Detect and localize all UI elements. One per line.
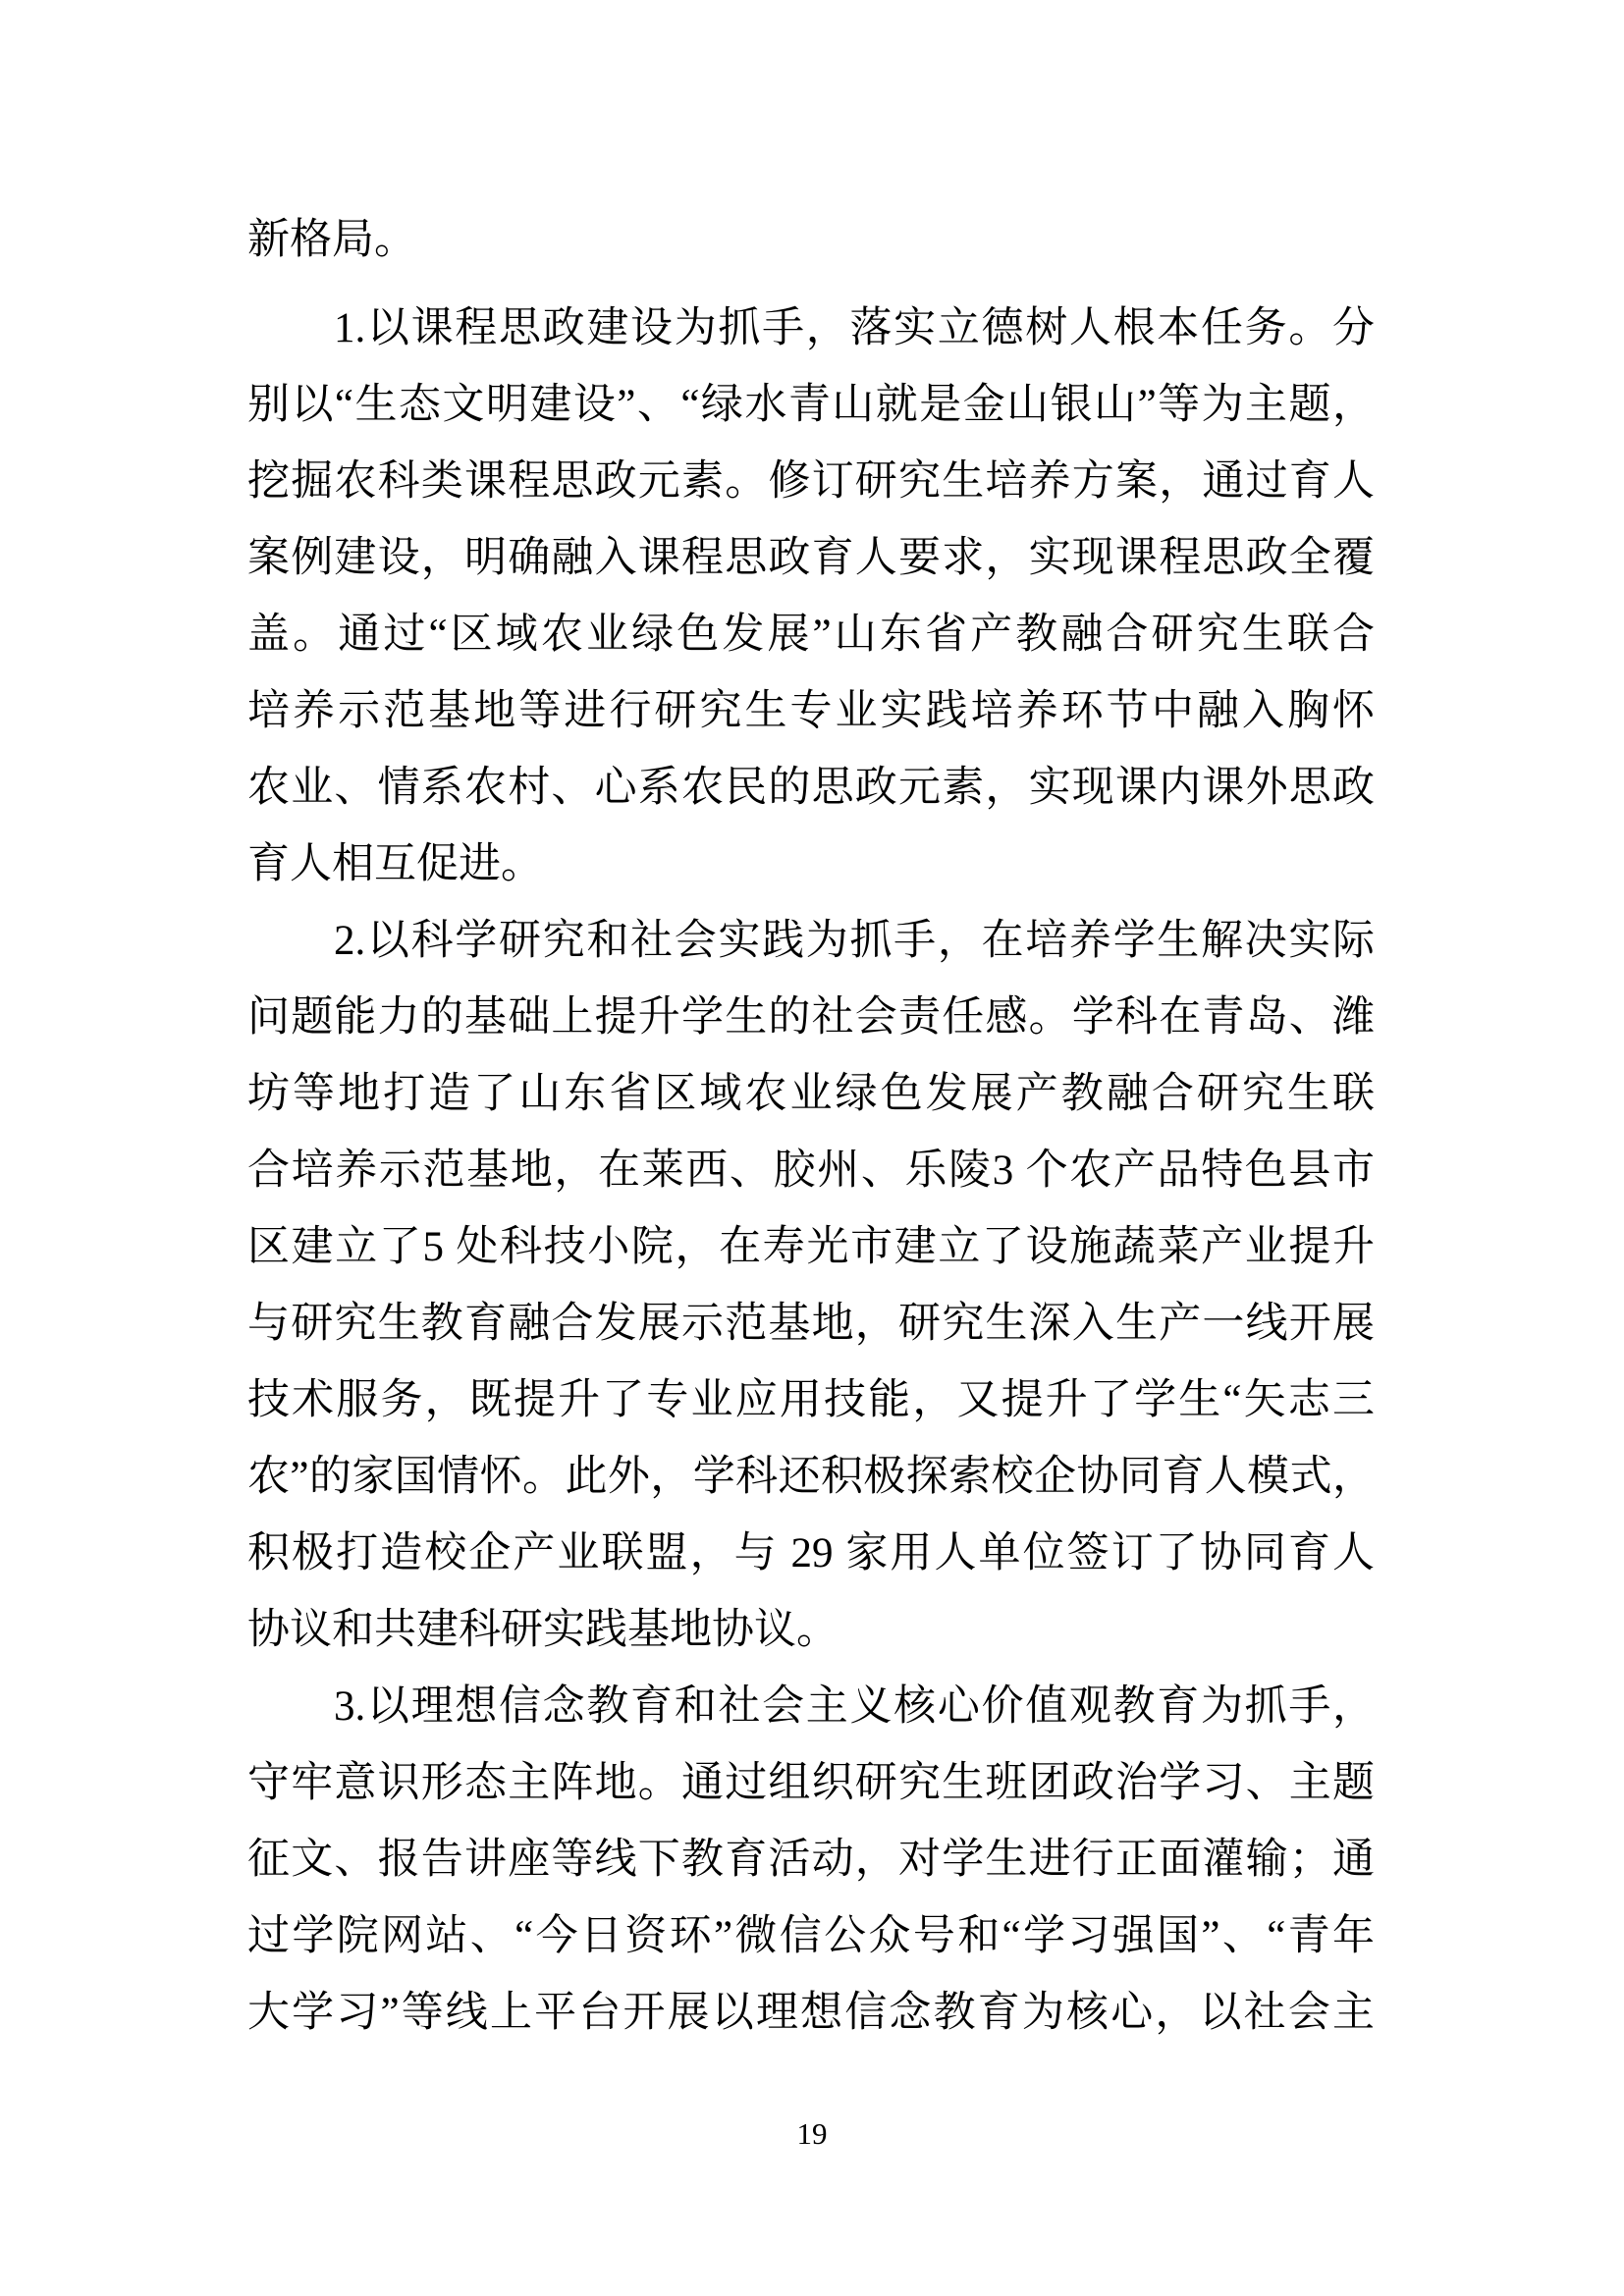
paragraph-continuation: 新格局。 xyxy=(247,202,1375,279)
document-page: 新格局。 1.以课程思政建设为抓手，落实立德树人根本任务。分 别以“生态文明建设… xyxy=(0,0,1624,2296)
text-line: 与研究生教育融合发展示范基地，研究生深入生产一线开展 xyxy=(247,1286,1375,1362)
paragraph-3: 3.以理想信念教育和社会主义核心价值观教育为抓手， 守牢意识形态主阵地。通过组织… xyxy=(247,1669,1375,2052)
text-line: 农”的家国情怀。此外，学科还积极探索校企协同育人模式， xyxy=(247,1439,1375,1516)
paragraph-1: 1.以课程思政建设为抓手，落实立德树人根本任务。分 别以“生态文明建设”、“绿水… xyxy=(247,291,1375,903)
text-line: 坊等地打造了山东省区域农业绿色发展产教融合研究生联 xyxy=(247,1056,1375,1133)
paragraph-2: 2.以科学研究和社会实践为抓手，在培养学生解决实际 问题能力的基础上提升学生的社… xyxy=(247,903,1375,1669)
body-text: 新格局。 1.以课程思政建设为抓手，落实立德树人根本任务。分 别以“生态文明建设… xyxy=(247,202,1375,2052)
text-line: 案例建设，明确融入课程思政育人要求，实现课程思政全覆 xyxy=(247,520,1375,597)
text-line: 征文、报告讲座等线下教育活动，对学生进行正面灌输；通 xyxy=(247,1822,1375,1898)
text-line: 挖掘农科类课程思政元素。修订研究生培养方案，通过育人 xyxy=(247,444,1375,520)
text-line: 问题能力的基础上提升学生的社会责任感。学科在青岛、潍 xyxy=(247,980,1375,1056)
text-line: 2.以科学研究和社会实践为抓手，在培养学生解决实际 xyxy=(247,903,1375,980)
page-number: 19 xyxy=(0,2114,1624,2154)
text-line: 合培养示范基地，在莱西、胶州、乐陵3 个农产品特色县市 xyxy=(247,1133,1375,1209)
text-line: 大学习”等线上平台开展以理想信念教育为核心，以社会主 xyxy=(247,1975,1375,2052)
text-line: 1.以课程思政建设为抓手，落实立德树人根本任务。分 xyxy=(247,291,1375,367)
text-line: 新格局。 xyxy=(247,202,1375,279)
text-line: 育人相互促进。 xyxy=(247,827,1375,903)
text-line: 区建立了5 处科技小院，在寿光市建立了设施蔬菜产业提升 xyxy=(247,1209,1375,1286)
text-line: 盖。通过“区域农业绿色发展”山东省产教融合研究生联合 xyxy=(247,597,1375,673)
text-line: 过学院网站、“今日资环”微信公众号和“学习强国”、“青年 xyxy=(247,1898,1375,1975)
text-line: 培养示范基地等进行研究生专业实践培养环节中融入胸怀 xyxy=(247,673,1375,750)
text-line: 协议和共建科研实践基地协议。 xyxy=(247,1592,1375,1669)
text-line: 3.以理想信念教育和社会主义核心价值观教育为抓手， xyxy=(247,1669,1375,1745)
text-line: 守牢意识形态主阵地。通过组织研究生班团政治学习、主题 xyxy=(247,1745,1375,1822)
text-line: 农业、情系农村、心系农民的思政元素，实现课内课外思政 xyxy=(247,750,1375,827)
text-line: 技术服务，既提升了专业应用技能，又提升了学生“矢志三 xyxy=(247,1362,1375,1439)
text-line: 积极打造校企产业联盟，与 29 家用人单位签订了协同育人 xyxy=(247,1516,1375,1592)
text-line: 别以“生态文明建设”、“绿水青山就是金山银山”等为主题， xyxy=(247,367,1375,444)
